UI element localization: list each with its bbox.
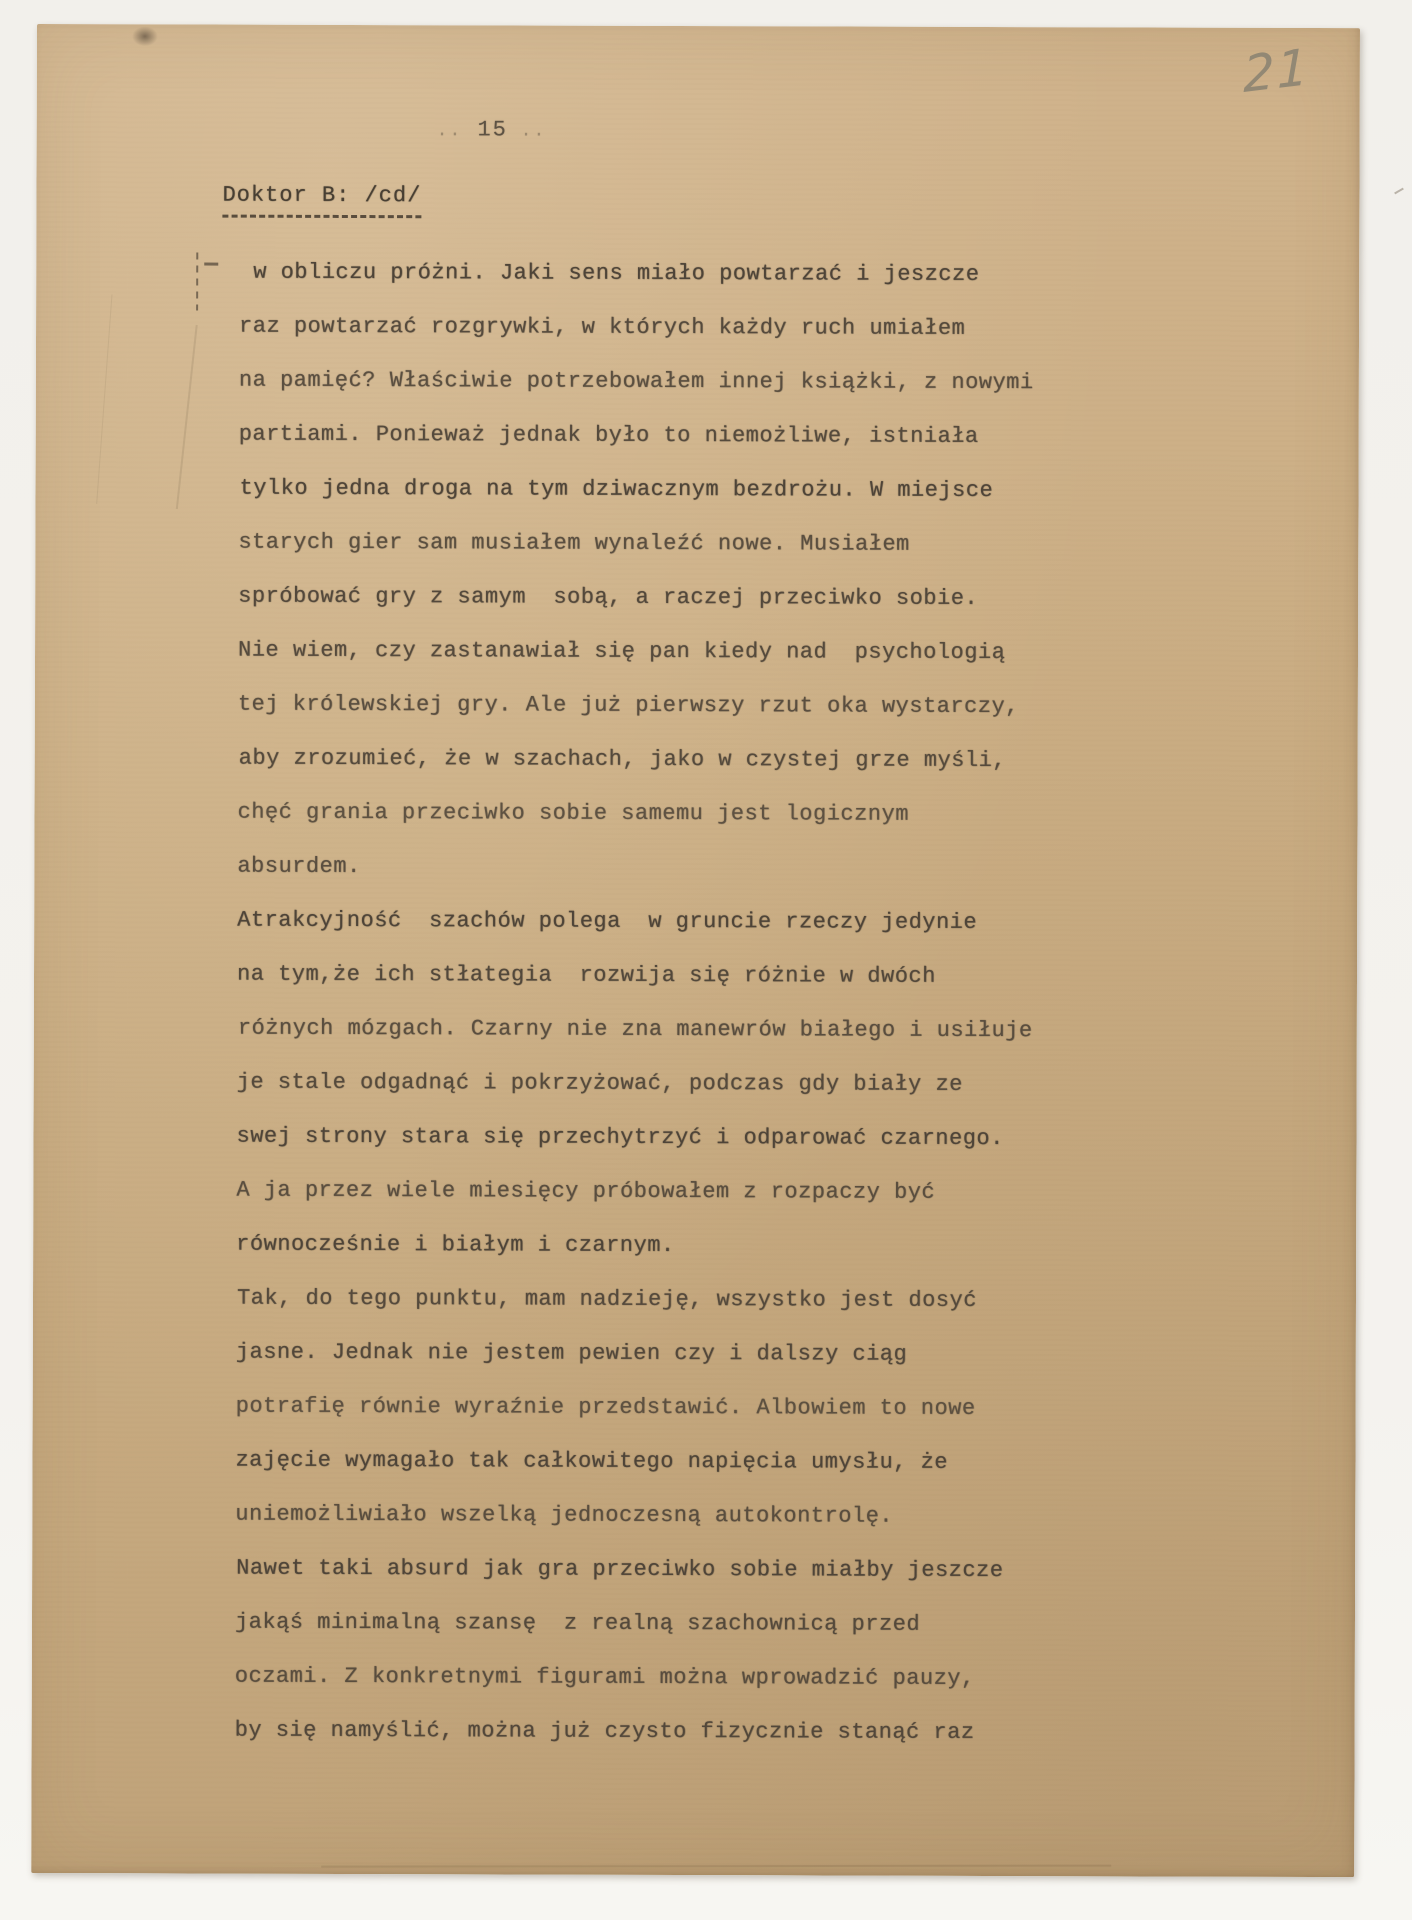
text-line: oczami. Z konkretnymi figurami można wpr… [235,1649,1315,1706]
text-line: Nie wiem, czy zastanawiał się pan kiedy … [238,623,1318,680]
text-line: na pamięć? Właściwie potrzebowałem innej… [239,353,1319,410]
margin-mark-vertical [196,253,198,311]
margin-mark-dash [204,263,218,266]
fold-shadow [321,1865,1111,1868]
text-line: różnych mózgach. Czarny nie zna manewrów… [238,1001,1318,1058]
ink-smudge [132,26,158,46]
text-line: je stale odgadnąć i pokrzyżować, podczas… [237,1055,1317,1112]
text-line: jasne. Jednak nie jestem pewien czy i da… [236,1325,1316,1382]
text-line: równocześnie i białym i czarnym. [236,1217,1316,1274]
text-line: partiami. Ponieważ jednak było to niemoż… [239,407,1319,464]
paper-crease [176,325,197,509]
pencil-speck [1394,188,1404,195]
scanner-background: 21 .. 15 .. Doktor B: /cd/ w obliczu pró… [0,0,1412,1920]
text-line: chęć grania przeciwko sobie samemu jest … [237,785,1317,842]
text-line: w obliczu próżni. Jaki sens miało powtar… [239,245,1319,302]
text-line: tej królewskiej gry. Ale już pierwszy rz… [238,677,1318,734]
text-line: jakąś minimalną szansę z realną szachown… [235,1595,1315,1652]
handwritten-page-number: 21 [1243,38,1311,104]
page-number: .. 15 .. [437,117,657,143]
text-line: zajęcie wymagało tak całkowitego napięci… [235,1433,1315,1490]
text-line: by się namyślić, można już czysto fizycz… [235,1703,1315,1760]
text-line: Tak, do tego punktu, mam nadzieję, wszys… [237,1271,1317,1328]
text-line: A ja przez wiele miesięcy próbowałem z r… [236,1163,1316,1220]
page-number-value: 15 [462,117,508,142]
text-line: raz powtarzać rozgrywki, w których każdy… [239,299,1319,356]
text-line: Nawet taki absurd jak gra przeciwko sobi… [236,1541,1316,1598]
text-line: starych gier sam musiałem wynaleźć nowe.… [238,515,1318,572]
text-line: potrafię równie wyraźnie przedstawić. Al… [236,1379,1316,1436]
section-header: Doktor B: /cd/ [222,183,421,219]
text-line: aby zrozumieć, że w szachach, jako w czy… [239,731,1319,788]
typewritten-page: 21 .. 15 .. Doktor B: /cd/ w obliczu pró… [31,24,1360,1877]
text-line: uniemożliwiało wszelką jednoczesną autok… [235,1487,1315,1544]
paper-crease [96,294,112,504]
text-line: tylko jedna droga na tym dziwacznym bezd… [239,461,1319,518]
section-header-text: Doktor B: /cd/ [222,183,421,219]
page-number-prefix: .. [437,121,463,141]
text-line: spróbować gry z samym sobą, a raczej prz… [238,569,1318,626]
text-line: swej strony stara się przechytrzyć i odp… [236,1109,1316,1166]
text-line: na tym,że ich stłategia rozwija się różn… [237,947,1317,1004]
text-line: absurdem. [237,839,1317,896]
text-line: Atrakcyjność szachów polega w gruncie rz… [237,893,1317,950]
typewritten-text: w obliczu próżni. Jaki sens miało powtar… [235,245,1320,1760]
page-number-suffix: .. [508,121,546,141]
